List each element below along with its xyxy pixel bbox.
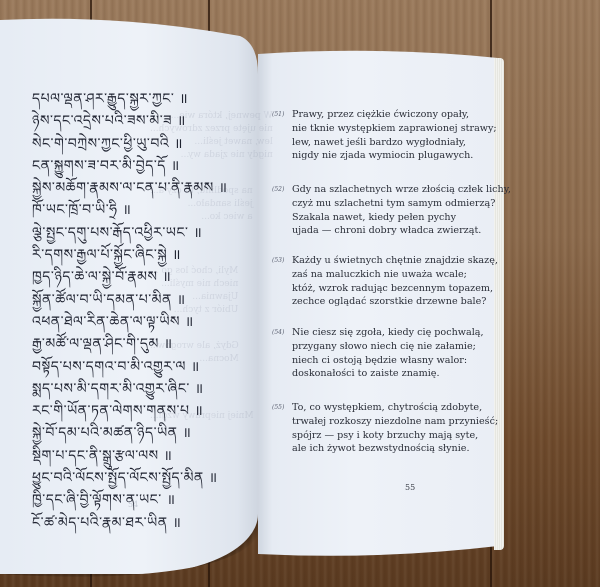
verse-line: Szakala nawet, kiedy pełen pychy — [292, 211, 522, 225]
tibetan-line: སྐྱོན་ཚོལ་བ་ཡི་དམན་པ་མིན ॥ — [32, 283, 228, 305]
tibetan-line: ངན་སྐྱུགས་ཟ་བར་མི་བྱེད་དོ ॥ — [32, 149, 228, 171]
tibetan-line: སེང་གེ་བཀྲེས་ཀྱང་ཕྱི་ཡུ་བའི ॥ — [32, 127, 228, 149]
tibetan-line: ལྕེ་སྤྱང་དགུ་པས་རྒོད་འཕྱིར་ཡང་ ॥ — [32, 216, 228, 238]
tibetan-line: འཕན་ཐེལ་རིན་ཆེན་ལ་ལྟ་ཡིས ॥ — [32, 305, 228, 327]
verse-line: zaś na maluczkich nie uważa wcale; — [292, 268, 522, 282]
verse-line: któż, wzrok radując bezcennym topazem, — [292, 282, 522, 296]
right-page-number: 55 — [405, 483, 415, 492]
verse-line: Nie ciesz się zgoła, kiedy cię pochwalą, — [292, 326, 522, 340]
left-page-number: 54 — [128, 500, 138, 509]
tibetan-line: བསྟོད་པས་དགའ་བ་མི་འགྱུར་ལ ॥ — [32, 350, 228, 372]
verse-line: lew, nawet jeśli bardzo wygłodniały, — [292, 136, 522, 150]
tibetan-text-block: དཔལ་ལྡན་ཤར་རྒྱུད་སྐྱར་ཀྱང་ ॥ ཉེས་དང་འདྲེ… — [32, 82, 228, 528]
verse-number: (55) — [272, 404, 284, 411]
verse-line: Każdy u świetnych chętnie znajdzie skazę… — [292, 254, 522, 268]
tibetan-line: སྐྱེས་མཆོག་རྣམས་ལ་ངན་པ་ནི་རྣམས ॥ — [32, 171, 228, 193]
verse-line: nie tknie występkiem zaprawionej strawy; — [292, 122, 522, 136]
tibetan-line: རི་དགས་རྒྱལ་པོ་སྐྱོང་ཞིང་སྐྱེ ॥ — [32, 238, 228, 260]
tibetan-line: ཉེས་དང་འདྲེས་པའི་ཟས་མི་ཟ ॥ — [32, 104, 228, 126]
tibetan-line: ཁྱད་ཉིད་ཆེ་ལ་སྐྱེ་བོ་རྣམས ॥ — [32, 260, 228, 282]
tibetan-line: རྒྱ་མཚོ་ལ་ལྡན་ཤིང་གི་དུམ ॥ — [32, 327, 228, 349]
verse-number: (54) — [272, 329, 284, 336]
verse-line: doskonałości to zaiste znamię. — [292, 367, 522, 381]
verse-line: To, co występkiem, chytrością zdobyte, — [292, 401, 522, 415]
verse-line: przygany słowo niech cię nie załamie; — [292, 340, 522, 354]
verse-number: (52) — [272, 186, 284, 193]
verse-number: (53) — [272, 257, 284, 264]
verse-line: spójrz — psy i koty brzuchy mają syte, — [292, 429, 522, 443]
tibetan-line: རང་གི་ཡོན་ཏན་ལེགས་གནས་པ ॥ — [32, 394, 228, 416]
tibetan-line: ཁོ་ཡང་ཁྲོ་བ་ཡི་ཧྲི ॥ — [32, 193, 228, 215]
verse-line: ale ich żywot bezwstydnością słynie. — [292, 442, 522, 456]
verse-line: nigdy nie zjada wymiocin plugawych. — [292, 149, 522, 163]
verse-line: niech ci ostoją będzie własny walor: — [292, 354, 522, 368]
verse-line: trwałej rozkoszy niezdolne nam przynieść… — [292, 415, 522, 429]
verse-number: (51) — [272, 111, 284, 118]
verse-line: Prawy, przez ciężkie ćwiczony opały, — [292, 108, 522, 122]
tibetan-line: སྡིག་པ་དང་ནི་སྒྲུ་རྩལ་ལས ॥ — [32, 439, 228, 461]
tibetan-line: ཕྱུང་བའི་ལོངས་སྤྱོད་ལོངས་སྤྱོད་མིན ॥ — [32, 461, 228, 483]
verse-line: zechce oglądać szorstkie drzewne bale? — [292, 295, 522, 309]
verse-line: Gdy na szlachetnych wrze złością człek l… — [292, 183, 522, 197]
verse-line: ujada — chroni dobry władca zwierząt. — [292, 224, 522, 238]
tibetan-line: སྐྱེ་བོ་དམ་པའི་མཚན་ཉིད་ཡིན ॥ — [32, 416, 228, 438]
tibetan-line: སྨད་པས་མི་དགར་མི་འགྱུར་ཞིང་ ॥ — [32, 372, 228, 394]
tibetan-line: དཔལ་ལྡན་ཤར་རྒྱུད་སྐྱར་ཀྱང་ ॥ — [32, 82, 228, 104]
verse-line: czyż mu szlachetni tym samym odmierzą? — [292, 197, 522, 211]
